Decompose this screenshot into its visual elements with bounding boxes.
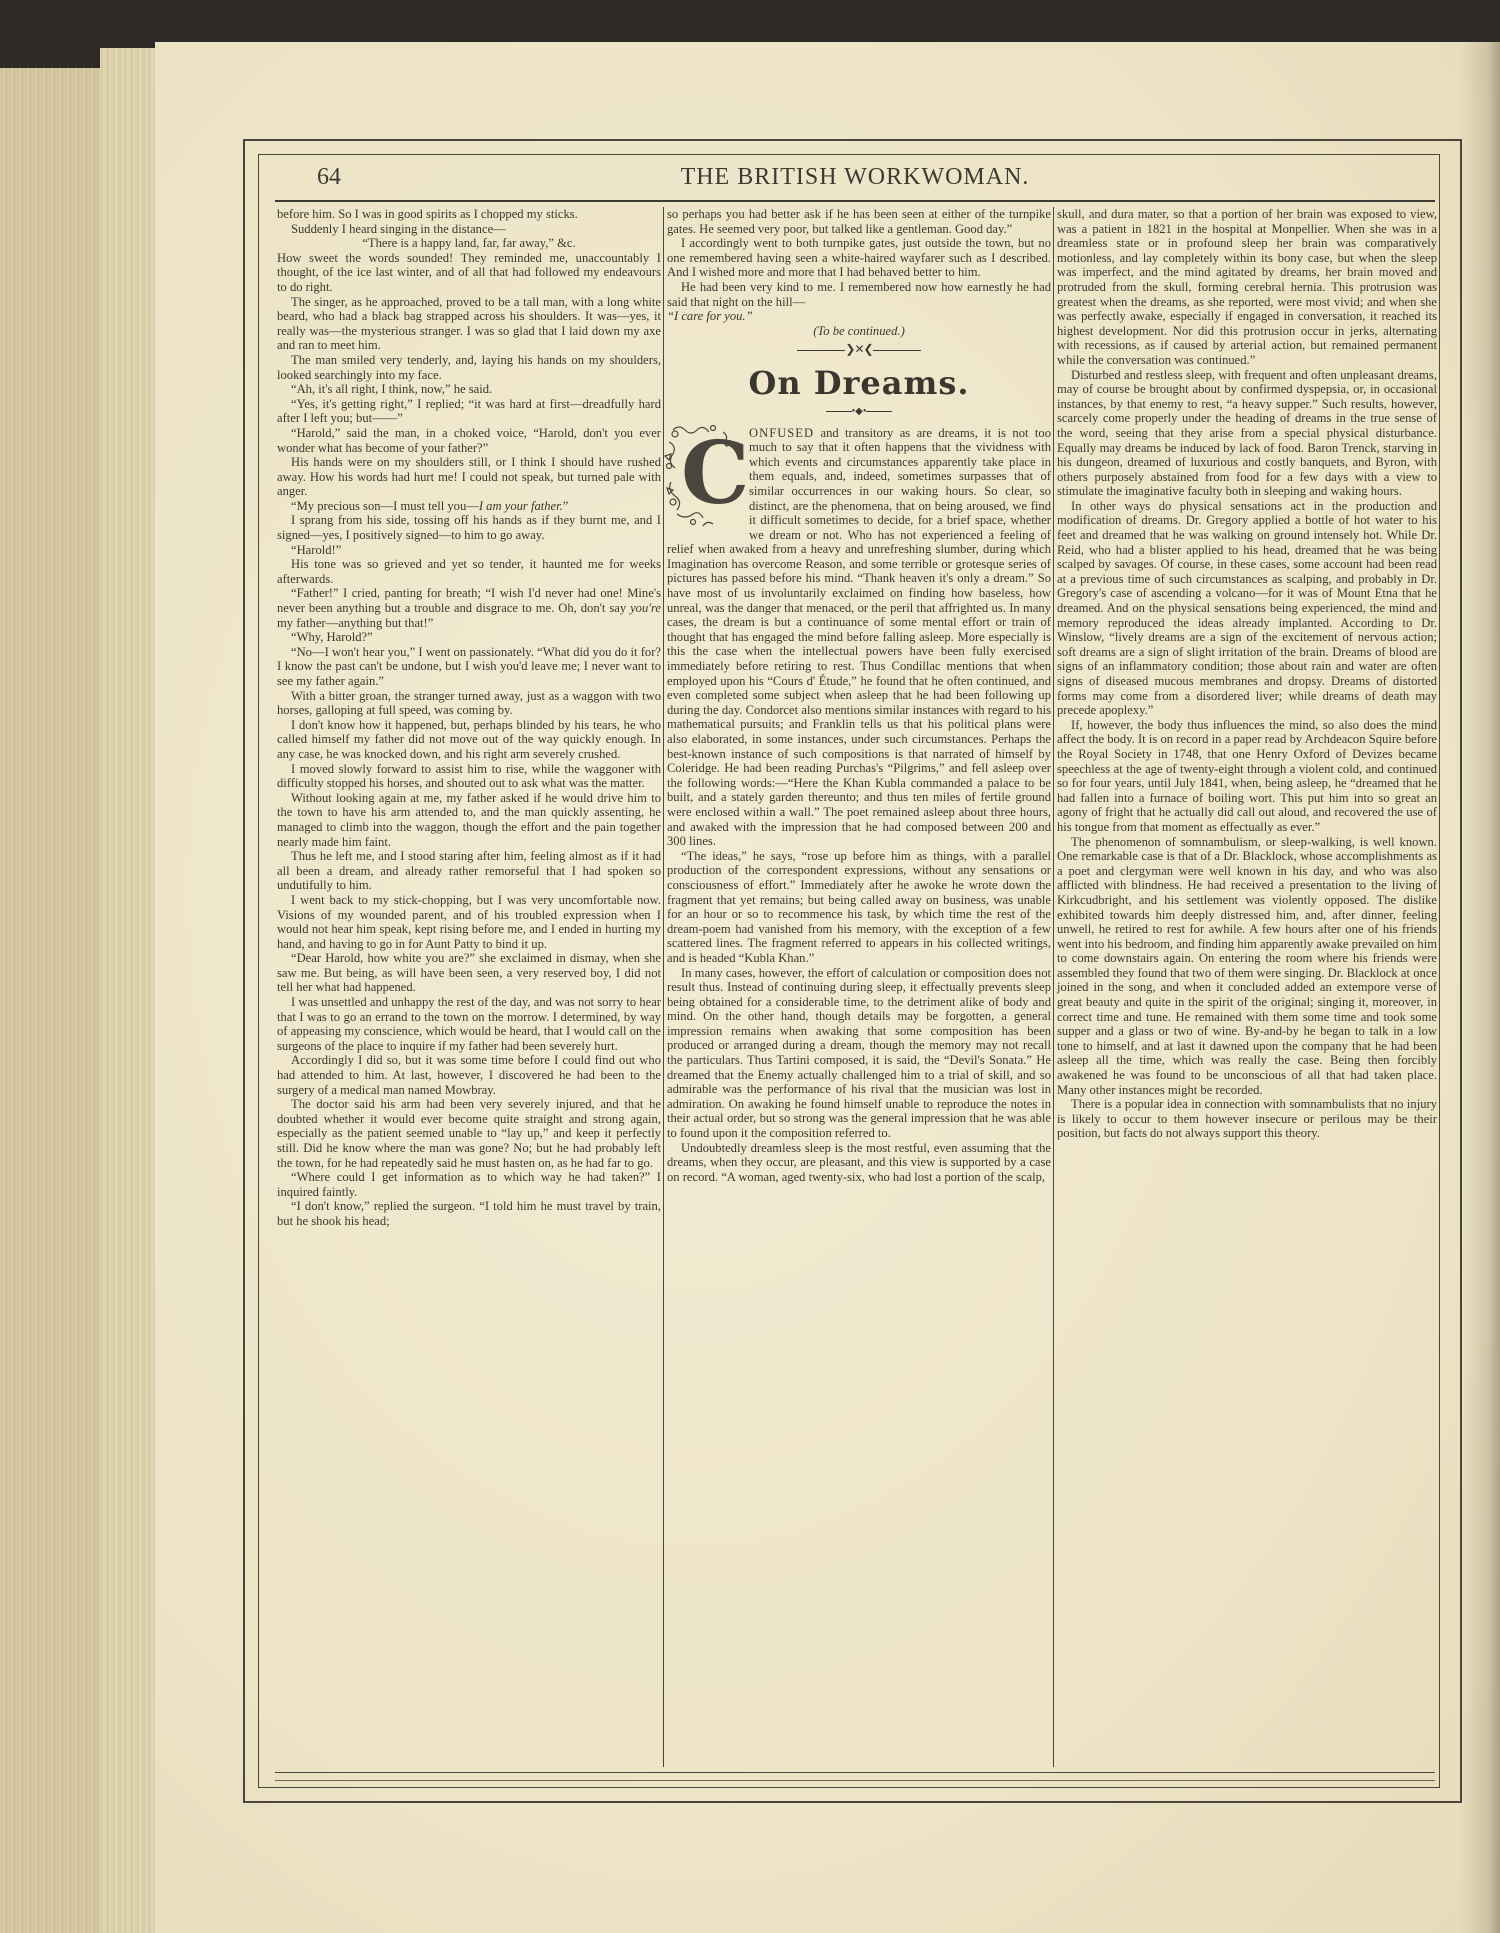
paragraph: “There is a happy land, far, far away,” … [277,236,661,251]
italic-emphasis: you're [630,601,661,615]
opening-word: ONFUSED [749,426,814,440]
paragraph: I accordingly went to both turnpike gate… [667,236,1051,280]
paragraph: The doctor said his arm had been very se… [277,1097,661,1170]
story-conclusion: so perhaps you had better ask if he has … [667,207,1051,324]
paragraph: The man smiled very tenderly, and, layin… [277,353,661,382]
paragraph: “The ideas,” he says, “rose up before hi… [667,849,1051,966]
paragraph: Suddenly I heard singing in the distance… [277,222,661,237]
page-header: 64 THE BRITISH WORKWOMAN. [275,160,1435,200]
paragraph: I went back to my stick-chopping, but I … [277,893,661,951]
dropcap-letter: C [681,426,749,522]
column-2: so perhaps you had better ask if he has … [667,207,1051,1767]
paragraph: “No—I won't hear you,” I went on passion… [277,645,661,689]
paragraph: I sprang from his side, tossing off his … [277,513,661,542]
column-3-article: skull, and dura mater, so that a portion… [1057,207,1437,1767]
paragraph: “Why, Harold?” [277,630,661,645]
header-rule [275,200,1435,202]
paragraph: “Where could I get information as to whi… [277,1170,661,1199]
paragraph: With a bitter groan, the stranger turned… [277,689,661,718]
paragraph: If, however, the body thus influences th… [1057,718,1437,835]
paragraph: I moved slowly forward to assist him to … [277,762,661,791]
paragraph: before him. So I was in good spirits as … [277,207,661,222]
paragraph: In many cases, however, the effort of ca… [667,966,1051,1141]
ornamental-dropcap: C [663,422,743,532]
text-columns: before him. So I was in good spirits as … [275,207,1435,1772]
italic-emphasis: I am your father. [479,499,563,513]
column-divider [1053,207,1054,1767]
to-be-continued: (To be continued.) [667,324,1051,339]
paragraph: “Yes, it's getting right,” I replied; “i… [277,397,661,426]
book-page-edges-left [0,68,100,1933]
book-page-edges-inner [100,48,155,1933]
running-title: THE BRITISH WORKWOMAN. [275,164,1435,191]
article-title: On Dreams. [667,363,1051,403]
paragraph: “I don't know,” replied the surgeon. “I … [277,1199,661,1228]
paragraph: The singer, as he approached, proved to … [277,295,661,353]
title-rule-ornament: •◆• [667,405,1051,420]
paragraph: How sweet the words sounded! They remind… [277,251,661,295]
paragraph: He had been very kind to me. I remembere… [667,280,1051,309]
paragraph: “Father!” I cried, panting for breath; “… [277,586,661,630]
paragraph: “Dear Harold, how white you are?” she ex… [277,951,661,995]
paragraph: There is a popular idea in connection wi… [1057,1097,1437,1141]
footer-rule [275,1772,1435,1773]
italic-emphasis: “I care for you.” [667,309,753,323]
paragraph: The phenomenon of somnambulism, or sleep… [1057,835,1437,1098]
paragraph: skull, and dura mater, so that a portion… [1057,207,1437,368]
paragraph: Thus he left me, and I stood staring aft… [277,849,661,893]
paragraph: I was unsettled and unhappy the rest of … [277,995,661,1053]
paragraph: “I care for you.” [667,309,1051,324]
paragraph: Disturbed and restless sleep, with frequ… [1057,368,1437,499]
paragraph: His tone was so grieved and yet so tende… [277,557,661,586]
paragraph: Accordingly I did so, but it was some ti… [277,1053,661,1097]
section-divider-ornament: ❯✕❮ [667,342,1051,357]
paragraph: Undoubtedly dreamless sleep is the most … [667,1141,1051,1185]
paragraph: “Harold!” [277,543,661,558]
paragraph: His hands were on my shoulders still, or… [277,455,661,499]
footer-rule-secondary [275,1780,1435,1781]
ornament-icon: ❯✕❮ [845,342,872,356]
paragraph: In other ways do physical sensations act… [1057,499,1437,718]
paragraph: so perhaps you had better ask if he has … [667,207,1051,236]
paragraph: “My precious son—I must tell you—I am yo… [277,499,661,514]
paragraph: “Harold,” said the man, in a choked voic… [277,426,661,455]
gutter-shadow [1460,42,1500,1933]
paragraph: Without looking again at me, my father a… [277,791,661,849]
paragraph: “Ah, it's all right, I think, now,” he s… [277,382,661,397]
article-body-start: C ONFUSED and transitory as are dreams, … [667,426,1051,1185]
column-1-story: before him. So I was in good spirits as … [277,207,661,1767]
paragraph: I don't know how it happened, but, perha… [277,718,661,762]
